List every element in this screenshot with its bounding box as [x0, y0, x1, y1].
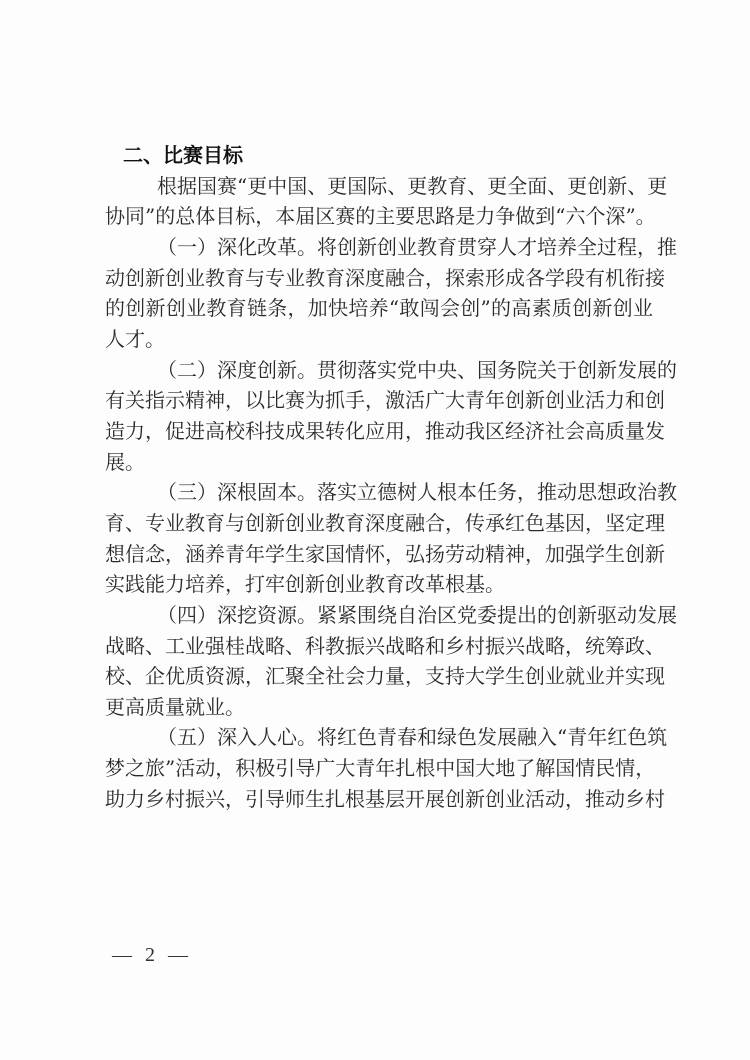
text-line: 战略、工业强桂战略、科教振兴战略和乡村振兴战略，统筹政、	[105, 631, 653, 662]
page-number: — 2 —	[112, 944, 192, 967]
text-line: 更高质量就业。	[105, 692, 653, 723]
text-line: 校、企优质资源，汇聚全社会力量，支持大学生创业就业并实现	[105, 661, 653, 692]
paragraph-deep-innovation: （二）深度创新。贯彻落实党中央、国务院关于创新发展的 有关指示精神，以比赛为抓手…	[105, 355, 653, 478]
text-line: 有关指示精神，以比赛为抓手，激活广大青年创新创业活力和创	[105, 385, 653, 416]
document-page: 二、比赛目标 根据国赛“更中国、更国际、更教育、更全面、更创新、更 协同”的总体…	[0, 0, 750, 1060]
paragraph-deep-resources: （四）深挖资源。紧紧围绕自治区党委提出的创新驱动发展 战略、工业强桂战略、科教振…	[105, 600, 653, 723]
text-line: 实践能力培养，打牢创新创业教育改革根基。	[105, 569, 653, 600]
text-line: （四）深挖资源。紧紧围绕自治区党委提出的创新驱动发展	[105, 600, 653, 631]
text-line: （五）深入人心。将红色青春和绿色发展融入“青年红色筑	[105, 722, 653, 753]
text-line: 想信念，涵养青年学生家国情怀，弘扬劳动精神，加强学生创新	[105, 539, 653, 570]
text-line: 造力，促进高校科技成果转化应用，推动我区经济社会高质量发	[105, 416, 653, 447]
paragraph-deep-roots: （三）深根固本。落实立德树人根本任务，推动思想政治教 育、专业教育与创新创业教育…	[105, 477, 653, 600]
section-heading: 二、比赛目标	[105, 140, 653, 171]
paragraph-deepen-reform: （一）深化改革。将创新创业教育贯穿人才培养全过程，推 动创新创业教育与专业教育深…	[105, 232, 653, 355]
text-line: 人才。	[105, 324, 653, 355]
text-line: 梦之旅”活动，积极引导广大青年扎根中国大地了解国情民情，	[105, 753, 653, 784]
text-line: 展。	[105, 447, 653, 478]
text-line: 的创新创业教育链条，加快培养“敢闯会创”的高素质创新创业	[105, 293, 653, 324]
text-line: 动创新创业教育与专业教育深度融合，探索形成各学段有机衔接	[105, 263, 653, 294]
text-line: （二）深度创新。贯彻落实党中央、国务院关于创新发展的	[105, 355, 653, 386]
text-line: 根据国赛“更中国、更国际、更教育、更全面、更创新、更	[105, 171, 653, 202]
text-line: 助力乡村振兴，引导师生扎根基层开展创新创业活动，推动乡村	[105, 784, 653, 815]
text-line: （一）深化改革。将创新创业教育贯穿人才培养全过程，推	[105, 232, 653, 263]
paragraph-intro: 根据国赛“更中国、更国际、更教育、更全面、更创新、更 协同”的总体目标，本届区赛…	[105, 171, 653, 232]
text-line: （三）深根固本。落实立德树人根本任务，推动思想政治教	[105, 477, 653, 508]
text-line: 协同”的总体目标，本届区赛的主要思路是力争做到“六个深”。	[105, 201, 653, 232]
document-body: 二、比赛目标 根据国赛“更中国、更国际、更教育、更全面、更创新、更 协同”的总体…	[105, 140, 653, 814]
text-line: 育、专业教育与创新创业教育深度融合，传承红色基因，坚定理	[105, 508, 653, 539]
paragraph-deep-hearts: （五）深入人心。将红色青春和绿色发展融入“青年红色筑 梦之旅”活动，积极引导广大…	[105, 722, 653, 814]
